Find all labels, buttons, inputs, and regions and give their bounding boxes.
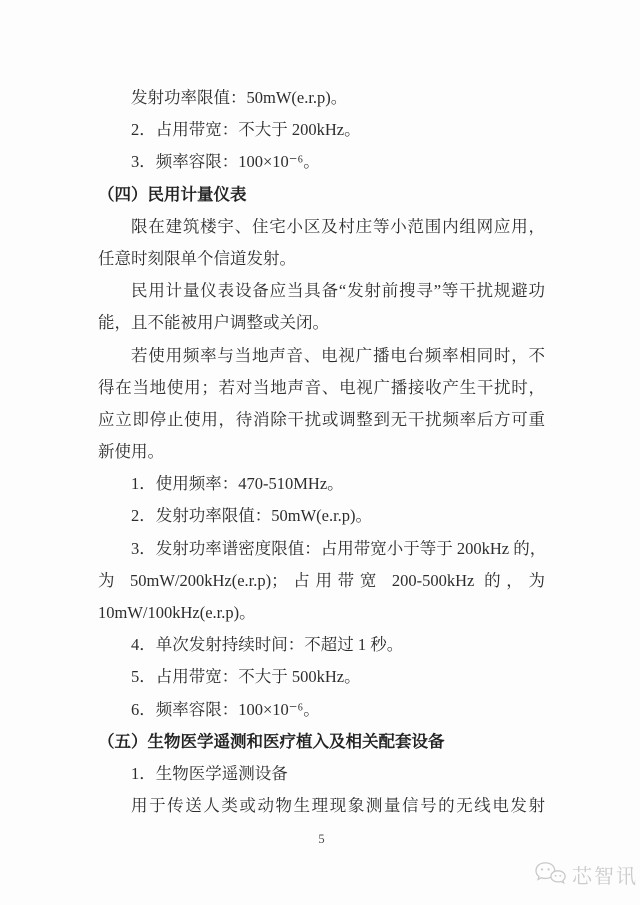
text-line: 新使用。 xyxy=(98,436,545,468)
text-line: 发射功率限值：50mW(e.r.p)。 xyxy=(98,82,545,114)
document-page: 发射功率限值：50mW(e.r.p)。2．占用带宽：不大于 200kHz。3．频… xyxy=(0,0,640,905)
text-line: 任意时刻限单个信道发射。 xyxy=(98,243,545,275)
section-heading: （四）民用计量仪表 xyxy=(98,179,545,211)
text-line: 1．生物医学遥测设备 xyxy=(98,758,545,790)
text-line: 应立即停止使用，待消除干扰或调整到无干扰频率后方可重 xyxy=(98,404,545,436)
text-line: 6．频率容限：100×10⁻⁶。 xyxy=(98,694,545,726)
page-number: 5 xyxy=(98,832,545,847)
text-line: 5．占用带宽：不大于 500kHz。 xyxy=(98,661,545,693)
text-line: 2．占用带宽：不大于 200kHz。 xyxy=(98,114,545,146)
text-line: 限在建筑楼宇、住宅小区及村庄等小范围内组网应用， xyxy=(98,211,545,243)
text-line: 民用计量仪表设备应当具备“发射前搜寻”等干扰规避功 xyxy=(98,275,545,307)
text-line: 3．发射功率谱密度限值：占用带宽小于等于 200kHz 的， xyxy=(98,533,545,565)
section-heading: （五）生物医学遥测和医疗植入及相关配套设备 xyxy=(98,726,545,758)
text-line: 3．频率容限：100×10⁻⁶。 xyxy=(98,146,545,178)
text-line: 1．使用频率：470-510MHz。 xyxy=(98,468,545,500)
text-line: 若使用频率与当地声音、电视广播电台频率相同时，不 xyxy=(98,340,545,372)
wechat-icon xyxy=(534,861,566,889)
watermark-text: 芯智讯 xyxy=(572,860,638,889)
text-line: 得在当地使用；若对当地声音、电视广播接收产生干扰时， xyxy=(98,372,545,404)
text-line: 用于传送人类或动物生理现象测量信号的无线电发射 xyxy=(98,790,545,822)
watermark: 芯智讯 xyxy=(534,860,638,889)
text-line: 10mW/100kHz(e.r.p)。 xyxy=(98,597,545,629)
text-line: 4．单次发射持续时间：不超过 1 秒。 xyxy=(98,629,545,661)
text-line: 能，且不能被用户调整或关闭。 xyxy=(98,307,545,339)
text-line: 为 50mW/200kHz(e.r.p)；占用带宽 200-500kHz 的，为 xyxy=(98,565,545,597)
text-line: 2．发射功率限值：50mW(e.r.p)。 xyxy=(98,500,545,532)
document-body: 发射功率限值：50mW(e.r.p)。2．占用带宽：不大于 200kHz。3．频… xyxy=(98,82,545,822)
